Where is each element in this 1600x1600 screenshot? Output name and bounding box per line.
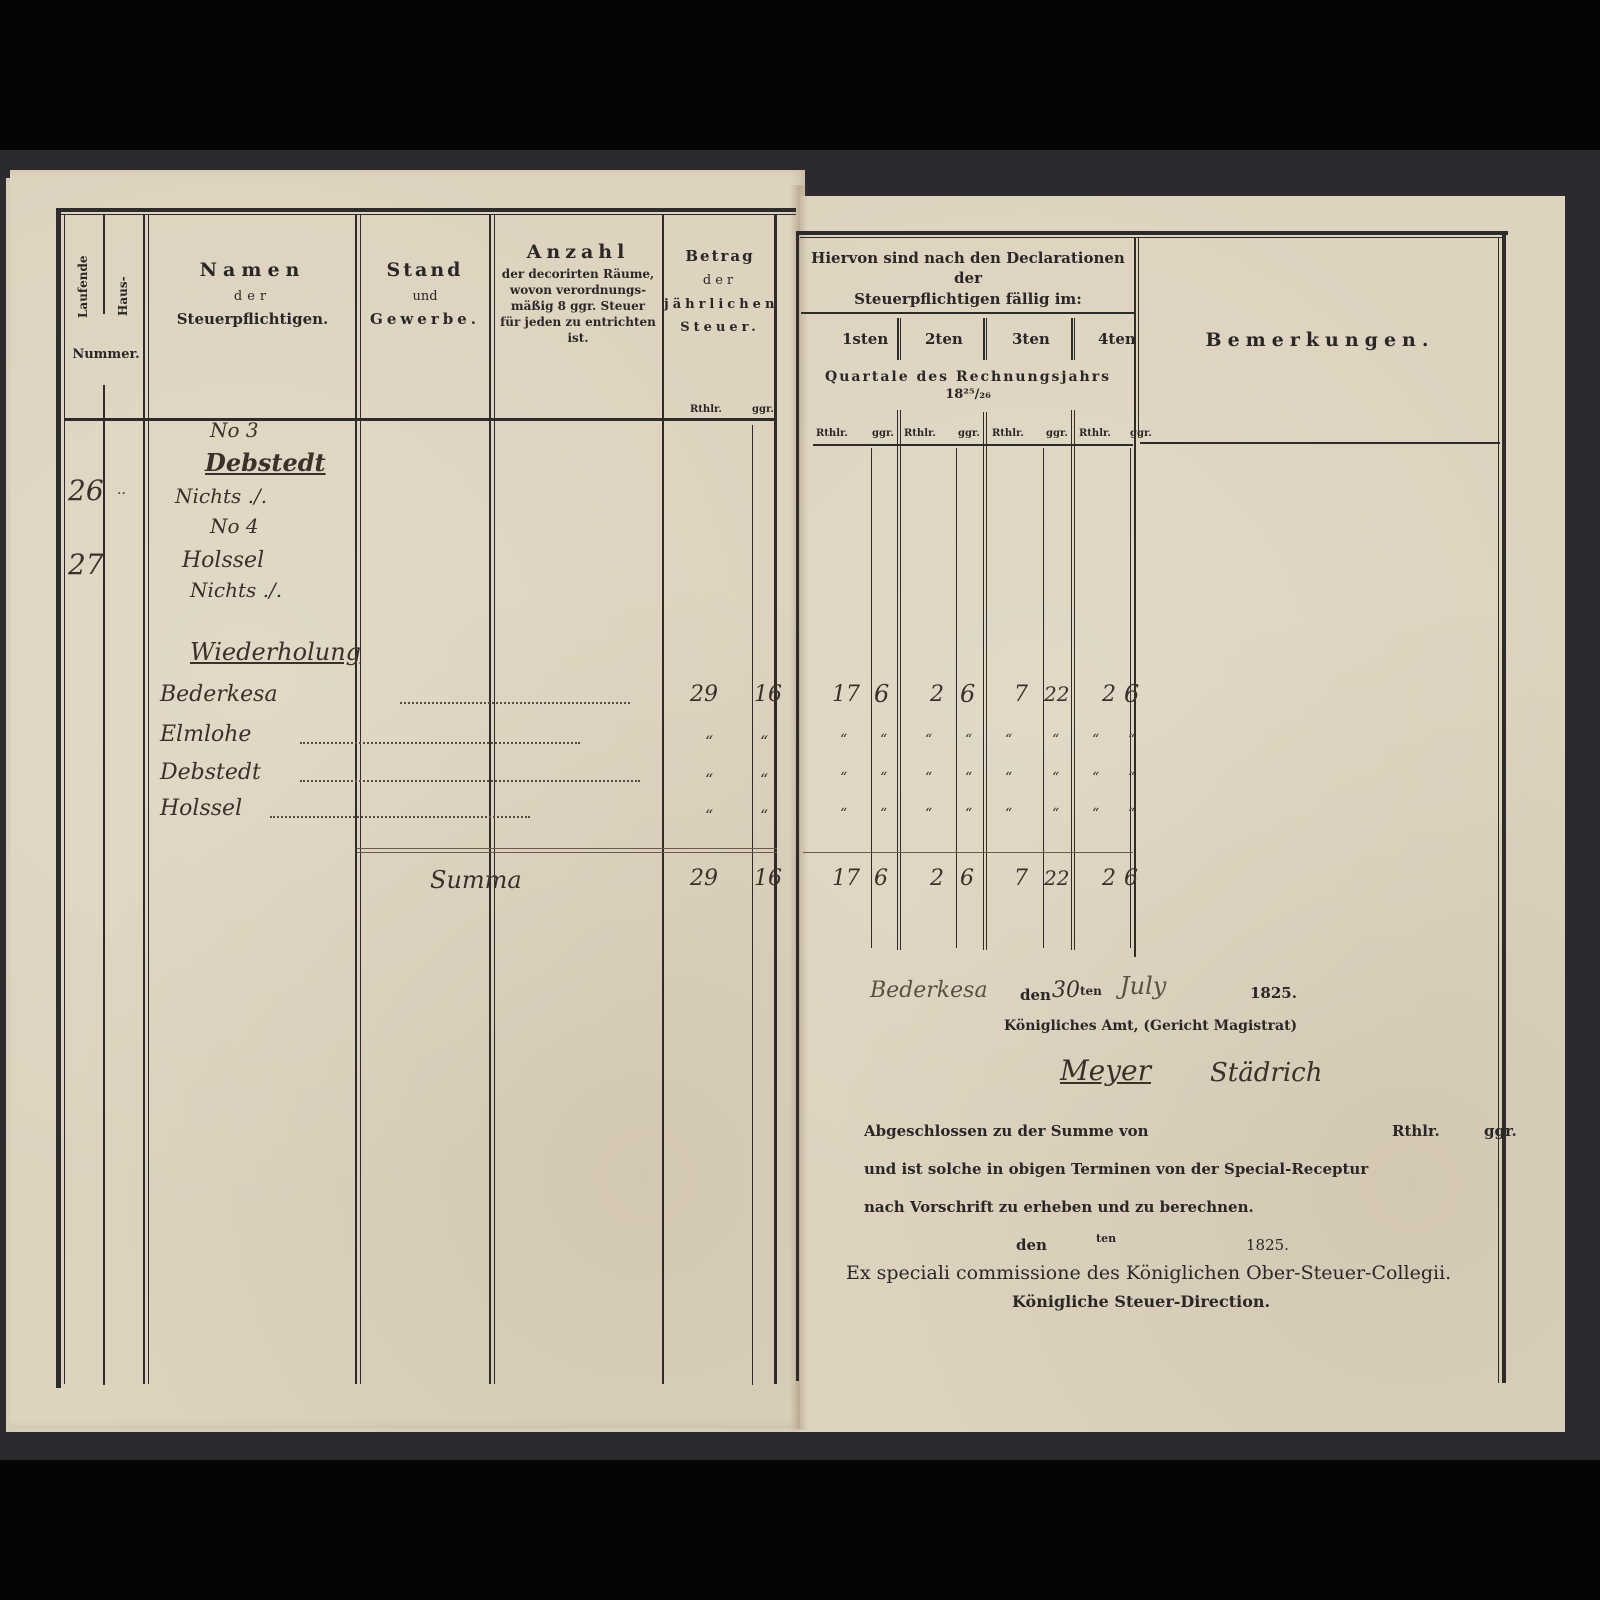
header-anzahl: Anzahl der decorirten Räume, wovon veror… (494, 240, 662, 347)
header-hiervon: Hiervon sind nach den Declarationen der … (800, 248, 1136, 309)
closing-line-1: Abgeschlossen zu der Summe von (864, 1122, 1149, 1140)
betrag-ggr-label: ggr. (752, 404, 774, 415)
office-line: Königliches Amt, (Gericht Magistrat) (1004, 1018, 1297, 1034)
closing-ggr: ggr. (1484, 1122, 1517, 1140)
header-laufende: Laufende (76, 258, 90, 318)
dash-fill (270, 816, 530, 818)
header-nummer: Nummer. (66, 346, 146, 364)
quartale-label: Quartale des Rechnungsjahrs (800, 368, 1136, 387)
dash-fill (400, 702, 630, 704)
dash-fill (300, 742, 580, 744)
betrag-rthlr-label: Rthlr. (690, 404, 722, 415)
header-bemerkungen: Bemerkungen. (1140, 328, 1500, 354)
header-haus: Haus- (116, 268, 130, 316)
header-namen: Namen der Steuerpflichtigen. (150, 258, 355, 329)
rechnungsjahr: 18²⁵/₂₆ (800, 386, 1136, 404)
closing-line-3: nach Vorschrift zu erheben und zu berech… (864, 1198, 1254, 1216)
quarter-4-label: 4ten (1098, 330, 1136, 348)
closing-line-2: und ist solche in obigen Terminen von de… (864, 1160, 1368, 1178)
direction-line: Königliche Steuer-Direction. (1012, 1292, 1270, 1311)
quarter-3-label: 3ten (1012, 330, 1050, 348)
closing-ten: ten (1096, 1232, 1116, 1245)
quarter-1-label: 1sten (842, 330, 888, 348)
quarter-2-label: 2ten (925, 330, 963, 348)
commission-line: Ex speciali commissione des Königlichen … (846, 1262, 1451, 1284)
wiederholung-title: Wiederholung (190, 638, 361, 666)
header-stand: Stand und Gewerbe. (360, 258, 490, 329)
closing-year: 1825. (1246, 1236, 1289, 1254)
closing-rthlr: Rthlr. (1392, 1122, 1440, 1140)
header-betrag: Betrag der jährlichen Steuer. (664, 246, 776, 337)
closing-den: den (1016, 1236, 1047, 1254)
dash-fill (300, 780, 640, 782)
